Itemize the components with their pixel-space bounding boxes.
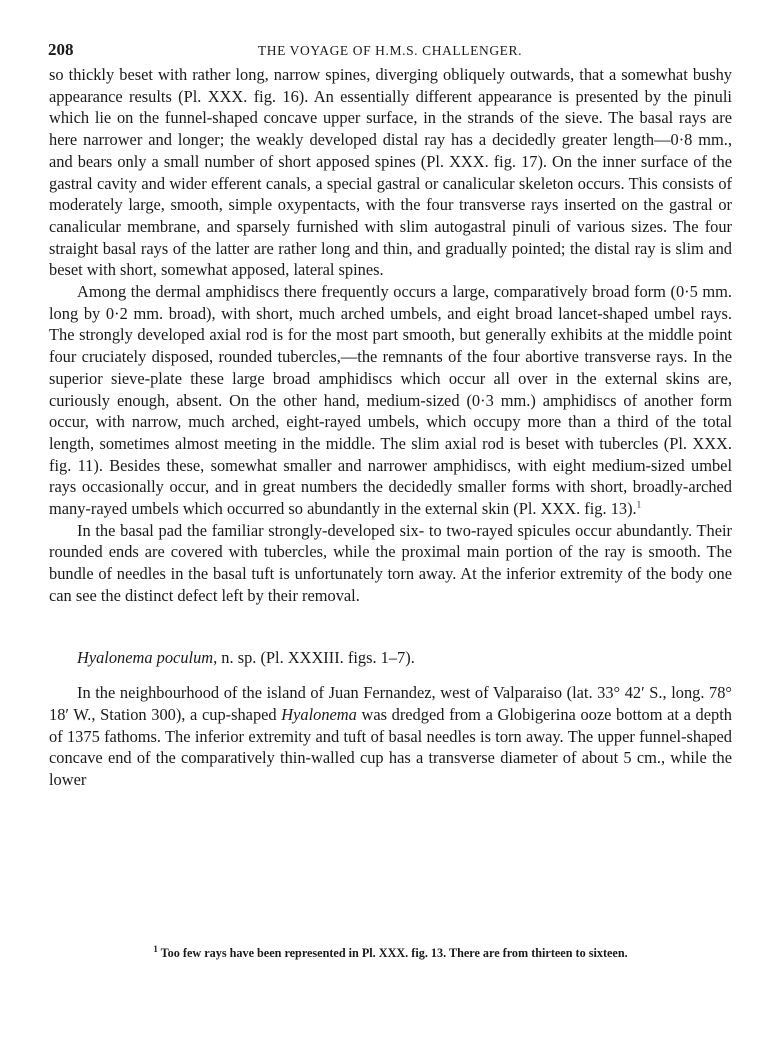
paragraph-text: Among the dermal amphidiscs there freque… — [49, 282, 732, 518]
paragraph-text: so thickly beset with rather long, narro… — [49, 65, 732, 279]
document-page: 208 THE VOYAGE OF H.M.S. CHALLENGER. so … — [0, 0, 776, 1050]
footnote-number: 1 — [153, 944, 158, 954]
paragraph-4: In the neighbourhood of the island of Ju… — [49, 682, 732, 791]
species-heading: Hyalonema poculum, n. sp. (Pl. XXXIII. f… — [77, 647, 732, 669]
species-name: Hyalonema poculum — [77, 648, 213, 667]
running-title: THE VOYAGE OF H.M.S. CHALLENGER. — [48, 43, 732, 59]
footnote-marker[interactable]: 1 — [637, 500, 642, 510]
paragraph-3: In the basal pad the familiar strongly-d… — [49, 520, 732, 607]
body-text: so thickly beset with rather long, narro… — [49, 64, 732, 791]
paragraph-text: In the basal pad the familiar strongly-d… — [49, 521, 732, 605]
footnote: 1 Too few rays have been represented in … — [49, 946, 732, 961]
paragraph-1: so thickly beset with rather long, narro… — [49, 64, 732, 281]
paragraph-2: Among the dermal amphidiscs there freque… — [49, 281, 732, 520]
running-head: 208 THE VOYAGE OF H.M.S. CHALLENGER. — [48, 40, 732, 62]
genus-name: Hyalonema — [281, 705, 357, 724]
footnote-text: Too few rays have been represented in Pl… — [161, 946, 628, 960]
species-heading-detail: , n. sp. (Pl. XXXIII. figs. 1–7). — [213, 648, 415, 667]
